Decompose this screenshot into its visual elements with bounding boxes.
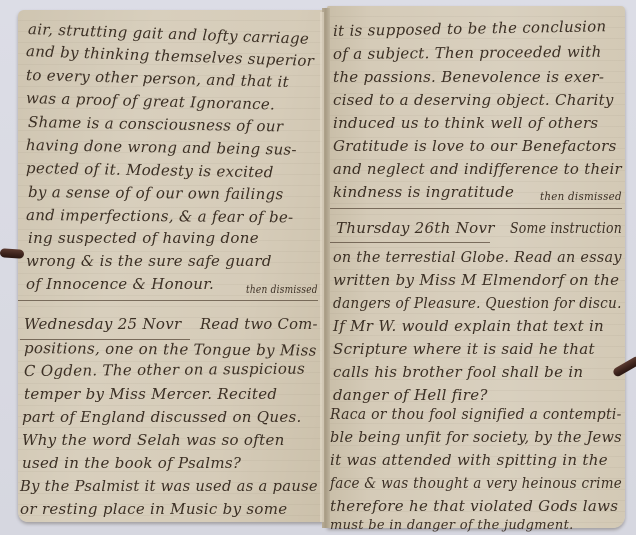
left-line-15: C Ogden. The other on a suspicious xyxy=(24,360,305,380)
left-line-18: Why the word Selah was so often xyxy=(22,431,285,449)
left-line-21: or resting place in Music by some xyxy=(20,500,287,518)
left-line-17: part of England discussed on Ques. xyxy=(22,408,302,426)
right-heading-underline xyxy=(330,242,490,243)
right-line-22: must be in danger of the judgment. xyxy=(330,518,574,533)
right-line-4: cised to a deserving object. Charity xyxy=(333,91,614,109)
right-line-17: Raca or thou fool signified a contempti- xyxy=(330,405,622,423)
binding-thread-left xyxy=(0,248,24,259)
left-end-note: then dismissed xyxy=(246,283,318,296)
left-line-16: temper by Miss Mercer. Recited xyxy=(24,385,277,403)
right-line-10: on the terrestial Globe. Read an essay xyxy=(333,248,622,266)
right-line-7: and neglect and indifference to their xyxy=(333,160,622,178)
notebook-photo: air, strutting gait and lofty carriage a… xyxy=(0,0,636,535)
right-line-19: it was attended with spitting in the xyxy=(330,451,608,469)
left-line-10: ing suspected of having done xyxy=(28,229,259,247)
right-line-20: face & was thought a very heinous crime xyxy=(330,474,622,492)
right-line-2: of a subject. Then proceeded with xyxy=(333,43,602,63)
right-line-18: ble being unfit for society, by the Jews xyxy=(330,428,622,446)
right-entry-heading: Thursday 26th Novr xyxy=(336,219,495,237)
left-section-rule xyxy=(18,300,318,301)
right-line-12: dangers of Pleasure. Question for discu. xyxy=(333,294,622,312)
right-line-14: Scripture where it is said he that xyxy=(333,340,595,358)
left-line-20: By the Psalmist it was used as a pause xyxy=(20,477,318,495)
right-line-13: If Mr W. would explain that text in xyxy=(333,317,604,335)
left-entry-heading: Wednesday 25 Novr xyxy=(24,315,181,333)
page-edges xyxy=(320,12,324,522)
right-line-6: Gratitude is love to our Benefactors xyxy=(333,137,617,155)
right-line-16: danger of Hell fire? xyxy=(333,386,488,404)
right-line-11: written by Miss M Elmendorf on the xyxy=(333,271,619,289)
left-line-14: positions, one on the Tongue by Miss xyxy=(24,339,317,360)
right-line-15: calls his brother fool shall be in xyxy=(333,363,583,381)
left-line-8: by a sense of of our own failings xyxy=(28,183,284,203)
left-line-9: and imperfections, & a fear of be- xyxy=(26,206,294,226)
right-line-21: therefore he that violated Gods laws xyxy=(330,497,618,515)
right-line-9: Some instruction xyxy=(510,219,622,237)
left-line-13: Read two Com- xyxy=(200,315,318,333)
right-line-5: induced us to think well of others xyxy=(333,114,598,132)
left-line-12: of Innocence & Honour. xyxy=(26,275,214,293)
right-line-3: the passions. Benevolence is exer- xyxy=(333,68,604,86)
right-section-rule xyxy=(330,208,622,209)
left-line-19: used in the book of Psalms? xyxy=(22,454,241,472)
right-line-8: kindness is ingratitude xyxy=(333,183,514,201)
left-line-11: wrong & is the sure safe guard xyxy=(26,252,272,270)
right-end-note: then dismissed xyxy=(540,190,622,203)
